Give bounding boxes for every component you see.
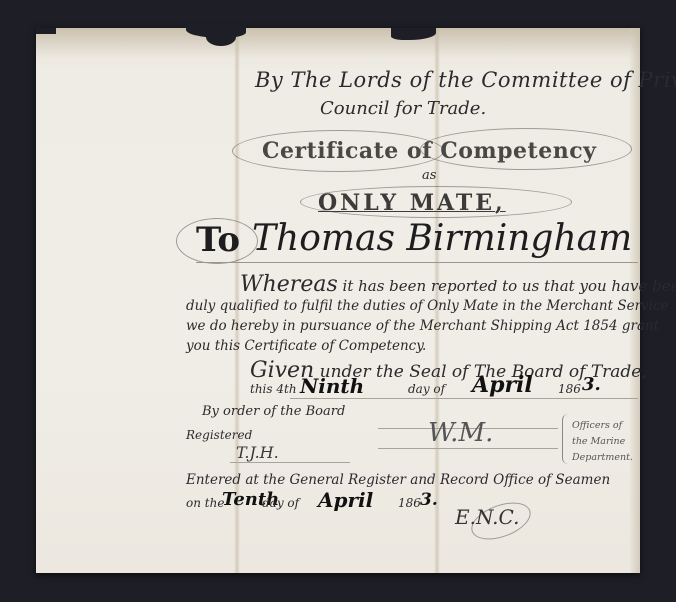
given-month-value: April (472, 372, 533, 398)
day-of-label: day of (408, 382, 445, 396)
rank-title: ONLY MATE, (318, 190, 506, 216)
recipient-name: Thomas Birmingham (252, 218, 632, 259)
paper-stain (36, 28, 640, 58)
this-label: this 4th (250, 382, 297, 396)
registered-initials: T.J.H. (236, 443, 279, 462)
header-line-1: By The Lords of the Committee of Privy (255, 68, 676, 92)
by-order-label: By order of the Board (202, 404, 345, 419)
body-line-1: Whereas it has been reported to us that … (240, 272, 676, 297)
torn-edge (36, 28, 56, 34)
officers-brace (562, 414, 571, 464)
whereas-word: Whereas (240, 272, 338, 297)
officers-label: Officers of the Marine Department. (572, 418, 633, 466)
body-line-3: we do hereby in pursuance of the Merchan… (186, 318, 659, 334)
given-day-value: Ninth (300, 374, 364, 398)
header-line-2: Council for Trade. (320, 98, 486, 119)
officers-line-2: the Marine (572, 434, 633, 450)
year-prefix: 186 (558, 382, 581, 396)
given-year-suffix: 3. (582, 374, 601, 395)
torn-edge (206, 28, 236, 46)
as-label: as (422, 168, 436, 183)
entered-month-value: April (318, 488, 373, 512)
officers-line-1: Officers of (572, 418, 633, 434)
officer-signature: W.M. (428, 418, 493, 448)
entered-day-of-label: day of (262, 496, 299, 510)
certificate-title: Certificate of Competency (262, 138, 596, 164)
registered-label: Registered (186, 428, 252, 442)
body-line-4: you this Certificate of Competency. (186, 338, 426, 354)
entered-line: Entered at the General Register and Reco… (186, 472, 610, 488)
to-label: To (196, 220, 240, 260)
registered-underline (230, 462, 350, 463)
name-underline (196, 262, 638, 263)
signature-line-2 (378, 448, 558, 449)
on-the-label: on the (186, 496, 224, 510)
body-line-2: duly qualified to fulfil the duties of O… (186, 298, 669, 314)
date-underline (290, 398, 638, 399)
officers-line-3: Department. (572, 450, 633, 466)
entered-year-suffix: 3. (420, 490, 438, 510)
body-line-1-text: it has been reported to us that you have… (338, 277, 676, 295)
entered-year-prefix: 186 (398, 496, 421, 510)
